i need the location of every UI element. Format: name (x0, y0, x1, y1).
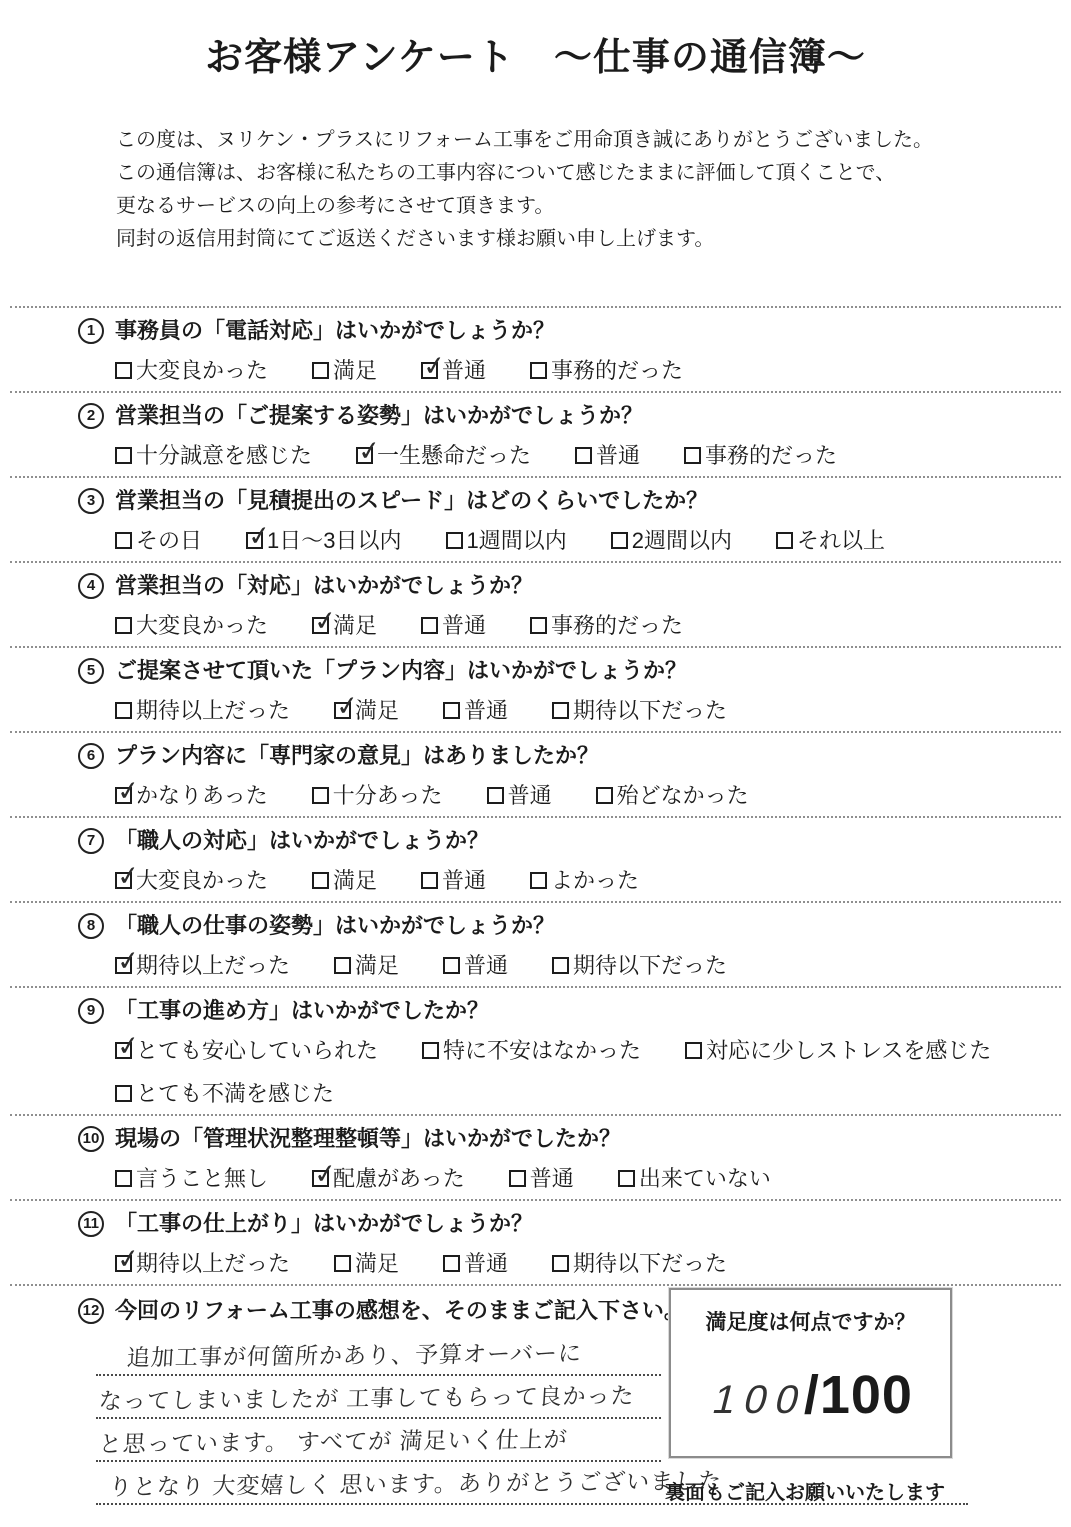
option-label: 殆どなかった (617, 781, 749, 810)
question-number: 8 (78, 913, 104, 939)
checkbox[interactable]: ✓ (312, 1170, 329, 1187)
option-label: 普通 (464, 1249, 508, 1278)
question-block-10: 10 現場の「管理状況整理整頓等」はいかがでしたか？ ✓言うこと無し✓配慮があっ… (0, 1116, 1071, 1199)
checkbox[interactable]: ✓ (509, 1170, 526, 1187)
checkbox[interactable]: ✓ (530, 872, 547, 889)
question-options: ✓期待以上だった✓満足✓普通✓期待以下だった (115, 1249, 1015, 1278)
satisfaction-score-box: 満足度は何点ですか？ 100 /100 (669, 1288, 952, 1458)
checkbox[interactable]: ✓ (312, 787, 329, 804)
checkbox[interactable]: ✓ (530, 362, 547, 379)
handwritten-text: と思っています。 すべてが 満足いく仕上が (96, 1421, 569, 1459)
question-text: 「工事の進め方」はいかがでしたか？ (115, 996, 489, 1025)
checkbox[interactable]: ✓ (487, 787, 504, 804)
question-options: ✓大変良かった✓満足✓普通✓事務的だった (115, 611, 1015, 640)
check-icon: ✓ (116, 862, 141, 891)
checkbox[interactable]: ✓ (776, 532, 793, 549)
checkbox[interactable]: ✓ (115, 1255, 132, 1272)
option-label: 普通 (442, 356, 486, 385)
question-text: 事務員の「電話対応」はいかがでしょうか？ (115, 316, 555, 345)
question-options: ✓その日✓1日～3日以内✓1週間以内✓2週間以内✓それ以上 (115, 526, 1015, 555)
checkbox[interactable]: ✓ (115, 787, 132, 804)
option-label: 期待以上だった (136, 1249, 290, 1278)
question-number: 3 (78, 488, 104, 514)
check-icon: ✓ (116, 947, 141, 976)
checkbox[interactable]: ✓ (446, 532, 463, 549)
survey-option[interactable]: ✓1週間以内 (446, 526, 567, 555)
checkbox[interactable]: ✓ (115, 872, 132, 889)
score-value: 100 /100 (671, 1364, 950, 1426)
option-label: 満足 (355, 1249, 399, 1278)
score-denominator: /100 (804, 1364, 913, 1426)
intro-line: 同封の返信用封筒にてご返送くださいます様お願い申し上げます。 (116, 223, 1071, 256)
question-header: 3 営業担当の「見積提出のスピード」はどのくらいでしたか？ (78, 486, 1061, 515)
checkbox[interactable]: ✓ (596, 787, 613, 804)
check-icon: ✓ (313, 607, 338, 636)
question-options: ✓かなりあった✓十分あった✓普通✓殆どなかった (115, 781, 1015, 810)
question-header: 1 事務員の「電話対応」はいかがでしょうか？ (78, 316, 1061, 345)
option-label: 事務的だった (551, 356, 683, 385)
checkbox[interactable]: ✓ (421, 872, 438, 889)
option-label: それ以上 (797, 526, 885, 555)
checkbox[interactable]: ✓ (552, 702, 569, 719)
survey-option[interactable]: ✓大変良かった (115, 356, 268, 385)
checkbox[interactable]: ✓ (246, 532, 263, 549)
question-text: 営業担当の「ご提案する姿勢」はいかがでしょうか？ (115, 401, 643, 430)
handwritten-comment-line: 追加工事が何箇所かあり、予算オーバーに (96, 1333, 661, 1376)
option-label: 期待以上だった (136, 696, 290, 725)
checkbox[interactable]: ✓ (443, 957, 460, 974)
question-number: 6 (78, 743, 104, 769)
question-block-4: 4 営業担当の「対応」はいかがでしょうか？ ✓大変良かった✓満足✓普通✓事務的だ… (0, 563, 1071, 646)
handwritten-score: 100 (708, 1378, 813, 1423)
option-label: 十分あった (333, 781, 443, 810)
question-header: 10 現場の「管理状況整理整頓等」はいかがでしたか？ (78, 1124, 1061, 1153)
option-label: 普通 (464, 696, 508, 725)
check-icon: ✓ (422, 352, 447, 381)
option-label: 事務的だった (705, 441, 837, 470)
question-block-2: 2 営業担当の「ご提案する姿勢」はいかがでしょうか？ ✓十分誠意を感じた✓一生懸… (0, 393, 1071, 476)
option-label: とても安心していられた (136, 1036, 378, 1065)
intro-paragraph: この度は、ヌリケン・プラスにリフォーム工事をご用命頂き誠にありがとうございました… (116, 124, 1071, 256)
question-text: 「工事の仕上がり」はいかがでしょうか？ (115, 1209, 533, 1238)
checkbox[interactable]: ✓ (115, 617, 132, 634)
option-label: よかった (551, 866, 639, 895)
option-label: 満足 (355, 696, 399, 725)
question-options: ✓大変良かった✓満足✓普通✓よかった (115, 866, 1015, 895)
survey-option[interactable]: ✓大変良かった (115, 611, 268, 640)
back-page-note: 裏面もご記入お願いいたします (665, 1476, 945, 1505)
option-label: 出来ていない (639, 1164, 771, 1193)
option-label: 普通 (530, 1164, 574, 1193)
survey-option[interactable]: ✓一生懸命だった (356, 441, 531, 470)
survey-option[interactable]: ✓満足 (334, 696, 399, 725)
survey-option[interactable]: ✓満足 (334, 1249, 399, 1278)
option-label: 期待以下だった (573, 951, 727, 980)
survey-option[interactable]: ✓期待以下だった (552, 951, 727, 980)
survey-option[interactable]: ✓普通 (421, 611, 486, 640)
survey-option[interactable]: ✓期待以上だった (115, 1249, 290, 1278)
question-options: ✓十分誠意を感じた✓一生懸命だった✓普通✓事務的だった (115, 441, 1015, 470)
survey-option[interactable]: ✓1日～3日以内 (246, 526, 401, 555)
question-block-7: 7 「職人の対応」はいかがでしょうか？ ✓大変良かった✓満足✓普通✓よかった (0, 818, 1071, 901)
option-label: 一生懸命だった (377, 441, 531, 470)
survey-option[interactable]: ✓それ以上 (776, 526, 885, 555)
survey-option[interactable]: ✓とても安心していられた (115, 1036, 378, 1065)
handwritten-text: 追加工事が何箇所かあり、予算オーバーに (96, 1335, 583, 1373)
question-header: 2 営業担当の「ご提案する姿勢」はいかがでしょうか？ (78, 401, 1061, 430)
question-number: 7 (78, 828, 104, 854)
question-text: 営業担当の「見積提出のスピード」はどのくらいでしたか？ (115, 486, 708, 515)
checkbox[interactable]: ✓ (443, 702, 460, 719)
survey-option[interactable]: ✓満足 (312, 611, 377, 640)
survey-option[interactable]: ✓出来ていない (618, 1164, 771, 1193)
checkbox[interactable]: ✓ (115, 447, 132, 464)
checkbox[interactable]: ✓ (334, 1255, 351, 1272)
survey-option[interactable]: ✓普通 (443, 1249, 508, 1278)
survey-option[interactable]: ✓事務的だった (684, 441, 837, 470)
survey-option[interactable]: ✓期待以下だった (552, 696, 727, 725)
option-label: 大変良かった (136, 611, 268, 640)
question-number: 10 (78, 1126, 104, 1152)
survey-option[interactable]: ✓2週間以内 (611, 526, 732, 555)
question-block-9: 9 「工事の進め方」はいかがでしたか？ ✓とても安心していられた✓特に不安はなか… (0, 988, 1071, 1114)
checkbox[interactable]: ✓ (618, 1170, 635, 1187)
check-icon: ✓ (313, 1160, 338, 1189)
checkbox[interactable]: ✓ (611, 532, 628, 549)
question-text: 今回のリフォーム工事の感想を、そのままご記入下さい。 (115, 1296, 686, 1325)
survey-option[interactable]: ✓特に不安はなかった (422, 1036, 641, 1065)
checkbox[interactable]: ✓ (115, 1170, 132, 1187)
handwritten-comment-line: なってしまいましたが 工事してもらって良かった (96, 1376, 661, 1419)
option-label: 十分誠意を感じた (136, 441, 312, 470)
option-label: 1日～3日以内 (267, 526, 401, 555)
checkbox[interactable]: ✓ (115, 702, 132, 719)
question-number: 12 (78, 1298, 104, 1324)
intro-line: この度は、ヌリケン・プラスにリフォーム工事をご用命頂き誠にありがとうございました… (116, 124, 1071, 157)
survey-option[interactable]: ✓言うこと無し (115, 1164, 268, 1193)
question-text: 「職人の対応」はいかがでしょうか？ (115, 826, 489, 855)
option-label: 満足 (333, 611, 377, 640)
question-options: ✓大変良かった✓満足✓普通✓事務的だった (115, 356, 1015, 385)
checkbox[interactable]: ✓ (552, 1255, 569, 1272)
checkbox[interactable]: ✓ (334, 957, 351, 974)
checkbox[interactable]: ✓ (115, 957, 132, 974)
checkbox[interactable]: ✓ (552, 957, 569, 974)
survey-option[interactable]: ✓事務的だった (530, 611, 683, 640)
question-number: 4 (78, 573, 104, 599)
question-block-8: 8 「職人の仕事の姿勢」はいかがでしょうか？ ✓期待以上だった✓満足✓普通✓期待… (0, 903, 1071, 986)
question-block-12: 12 今回のリフォーム工事の感想を、そのままご記入下さい。 追加工事が何箇所かあ… (0, 1286, 1071, 1505)
checkbox[interactable]: ✓ (115, 1042, 132, 1059)
option-label: 期待以上だった (136, 951, 290, 980)
survey-option[interactable]: ✓普通 (443, 951, 508, 980)
question-block-5: 5 ご提案させて頂いた「プラン内容」はいかがでしょうか？ ✓期待以上だった✓満足… (0, 648, 1071, 731)
checkbox[interactable]: ✓ (356, 447, 373, 464)
option-label: とても不満を感じた (136, 1079, 334, 1108)
survey-option[interactable]: ✓満足 (312, 866, 377, 895)
option-label: 期待以下だった (573, 1249, 727, 1278)
option-label: 普通 (442, 611, 486, 640)
question-block-3: 3 営業担当の「見積提出のスピード」はどのくらいでしたか？ ✓その日✓1日～3日… (0, 478, 1071, 561)
option-label: 満足 (355, 951, 399, 980)
survey-option[interactable]: ✓大変良かった (115, 866, 268, 895)
survey-option[interactable]: ✓十分誠意を感じた (115, 441, 312, 470)
option-label: 普通 (596, 441, 640, 470)
option-label: 2週間以内 (632, 526, 732, 555)
survey-option[interactable]: ✓よかった (530, 866, 639, 895)
question-text: 「職人の仕事の姿勢」はいかがでしょうか？ (115, 911, 555, 940)
score-question: 満足度は何点ですか？ (671, 1306, 950, 1336)
checkbox[interactable]: ✓ (312, 872, 329, 889)
handwritten-text: りとなり 大変嬉しく 思います。ありがとうございました (96, 1462, 723, 1502)
question-number: 5 (78, 658, 104, 684)
handwritten-comment-line: と思っています。 すべてが 満足いく仕上が (96, 1419, 661, 1462)
question-options: ✓期待以上だった✓満足✓普通✓期待以下だった (115, 696, 1015, 725)
checkbox[interactable]: ✓ (685, 1042, 702, 1059)
question-block-1: 1 事務員の「電話対応」はいかがでしょうか？ ✓大変良かった✓満足✓普通✓事務的… (0, 308, 1071, 391)
survey-option[interactable]: ✓殆どなかった (596, 781, 749, 810)
checkbox[interactable]: ✓ (443, 1255, 460, 1272)
intro-line: 更なるサービスの向上の参考にさせて頂きます。 (116, 190, 1071, 223)
checkbox[interactable]: ✓ (334, 702, 351, 719)
survey-option[interactable]: ✓普通 (443, 696, 508, 725)
survey-option[interactable]: ✓とても不満を感じた (115, 1079, 334, 1108)
checkbox[interactable]: ✓ (530, 617, 547, 634)
survey-option[interactable]: ✓十分あった (312, 781, 443, 810)
checkbox[interactable]: ✓ (575, 447, 592, 464)
option-label: 言うこと無し (136, 1164, 268, 1193)
check-icon: ✓ (116, 1245, 141, 1274)
option-label: 事務的だった (551, 611, 683, 640)
question-options: ✓言うこと無し✓配慮があった✓普通✓出来ていない (115, 1164, 1015, 1193)
survey-option[interactable]: ✓満足 (312, 356, 377, 385)
question-header: 5 ご提案させて頂いた「プラン内容」はいかがでしょうか？ (78, 656, 1061, 685)
question-text: 営業担当の「対応」はいかがでしょうか？ (115, 571, 533, 600)
checkbox[interactable]: ✓ (115, 532, 132, 549)
option-label: かなりあった (136, 781, 268, 810)
question-list: 1 事務員の「電話対応」はいかがでしょうか？ ✓大変良かった✓満足✓普通✓事務的… (0, 306, 1071, 1286)
check-icon: ✓ (357, 437, 382, 466)
survey-option[interactable]: ✓普通 (487, 781, 552, 810)
check-icon: ✓ (116, 777, 141, 806)
check-icon: ✓ (247, 522, 272, 551)
survey-option[interactable]: ✓配慮があった (312, 1164, 465, 1193)
checkbox[interactable]: ✓ (312, 362, 329, 379)
survey-option[interactable]: ✓満足 (334, 951, 399, 980)
survey-option[interactable]: ✓事務的だった (530, 356, 683, 385)
question-header: 6 プラン内容に「専門家の意見」はありましたか？ (78, 741, 1061, 770)
question-header: 7 「職人の対応」はいかがでしょうか？ (78, 826, 1061, 855)
question-options: ✓とても安心していられた✓特に不安はなかった✓対応に少しストレスを感じた✓とても… (115, 1036, 1015, 1108)
question-block-6: 6 プラン内容に「専門家の意見」はありましたか？ ✓かなりあった✓十分あった✓普… (0, 733, 1071, 816)
survey-option[interactable]: ✓普通 (421, 866, 486, 895)
survey-option[interactable]: ✓普通 (509, 1164, 574, 1193)
check-icon: ✓ (116, 1032, 141, 1061)
checkbox[interactable]: ✓ (115, 1085, 132, 1102)
option-label: 特に不安はなかった (443, 1036, 641, 1065)
survey-option[interactable]: ✓期待以上だった (115, 951, 290, 980)
checkbox[interactable]: ✓ (422, 1042, 439, 1059)
question-text: 現場の「管理状況整理整頓等」はいかがでしたか？ (115, 1124, 621, 1153)
survey-option[interactable]: ✓対応に少しストレスを感じた (685, 1036, 991, 1065)
survey-option[interactable]: ✓期待以上だった (115, 696, 290, 725)
intro-line: この通信簿は、お客様に私たちの工事内容について感じたままに評価して頂くことで、 (116, 157, 1071, 190)
checkbox[interactable]: ✓ (312, 617, 329, 634)
checkbox[interactable]: ✓ (684, 447, 701, 464)
checkbox[interactable]: ✓ (421, 362, 438, 379)
question-header: 8 「職人の仕事の姿勢」はいかがでしょうか？ (78, 911, 1061, 940)
option-label: 普通 (508, 781, 552, 810)
survey-option[interactable]: ✓普通 (575, 441, 640, 470)
option-label: 大変良かった (136, 866, 268, 895)
question-options: ✓期待以上だった✓満足✓普通✓期待以下だった (115, 951, 1015, 980)
check-icon: ✓ (335, 692, 360, 721)
option-label: 満足 (333, 356, 377, 385)
option-label: 期待以下だった (573, 696, 727, 725)
option-label: 普通 (464, 951, 508, 980)
question-text: プラン内容に「専門家の意見」はありましたか？ (115, 741, 599, 770)
option-label: 1週間以内 (467, 526, 567, 555)
survey-option[interactable]: ✓その日 (115, 526, 202, 555)
option-label: 満足 (333, 866, 377, 895)
survey-option[interactable]: ✓普通 (421, 356, 486, 385)
question-text: ご提案させて頂いた「プラン内容」はいかがでしょうか？ (115, 656, 687, 685)
question-number: 9 (78, 998, 104, 1024)
option-label: 普通 (442, 866, 486, 895)
question-header: 11 「工事の仕上がり」はいかがでしょうか？ (78, 1209, 1061, 1238)
survey-option[interactable]: ✓期待以下だった (552, 1249, 727, 1278)
question-number: 1 (78, 318, 104, 344)
question-header: 9 「工事の進め方」はいかがでしたか？ (78, 996, 1061, 1025)
checkbox[interactable]: ✓ (115, 362, 132, 379)
survey-page: お客様アンケート ～仕事の通信簿～ この度は、ヌリケン・プラスにリフォーム工事を… (0, 34, 1071, 1505)
question-header: 4 営業担当の「対応」はいかがでしょうか？ (78, 571, 1061, 600)
question-number: 11 (78, 1211, 104, 1237)
question-number: 2 (78, 403, 104, 429)
question-block-11: 11 「工事の仕上がり」はいかがでしょうか？ ✓期待以上だった✓満足✓普通✓期待… (0, 1201, 1071, 1284)
handwritten-text: なってしまいましたが 工事してもらって良かった (96, 1377, 636, 1416)
handwritten-comment-area[interactable]: 追加工事が何箇所かあり、予算オーバーになってしまいましたが 工事してもらって良か… (96, 1333, 661, 1505)
option-label: 大変良かった (136, 356, 268, 385)
page-title: お客様アンケート ～仕事の通信簿～ (0, 34, 1071, 82)
option-label: 対応に少しストレスを感じた (706, 1036, 991, 1065)
option-label: その日 (136, 526, 202, 555)
survey-option[interactable]: ✓かなりあった (115, 781, 268, 810)
option-label: 配慮があった (333, 1164, 465, 1193)
checkbox[interactable]: ✓ (421, 617, 438, 634)
